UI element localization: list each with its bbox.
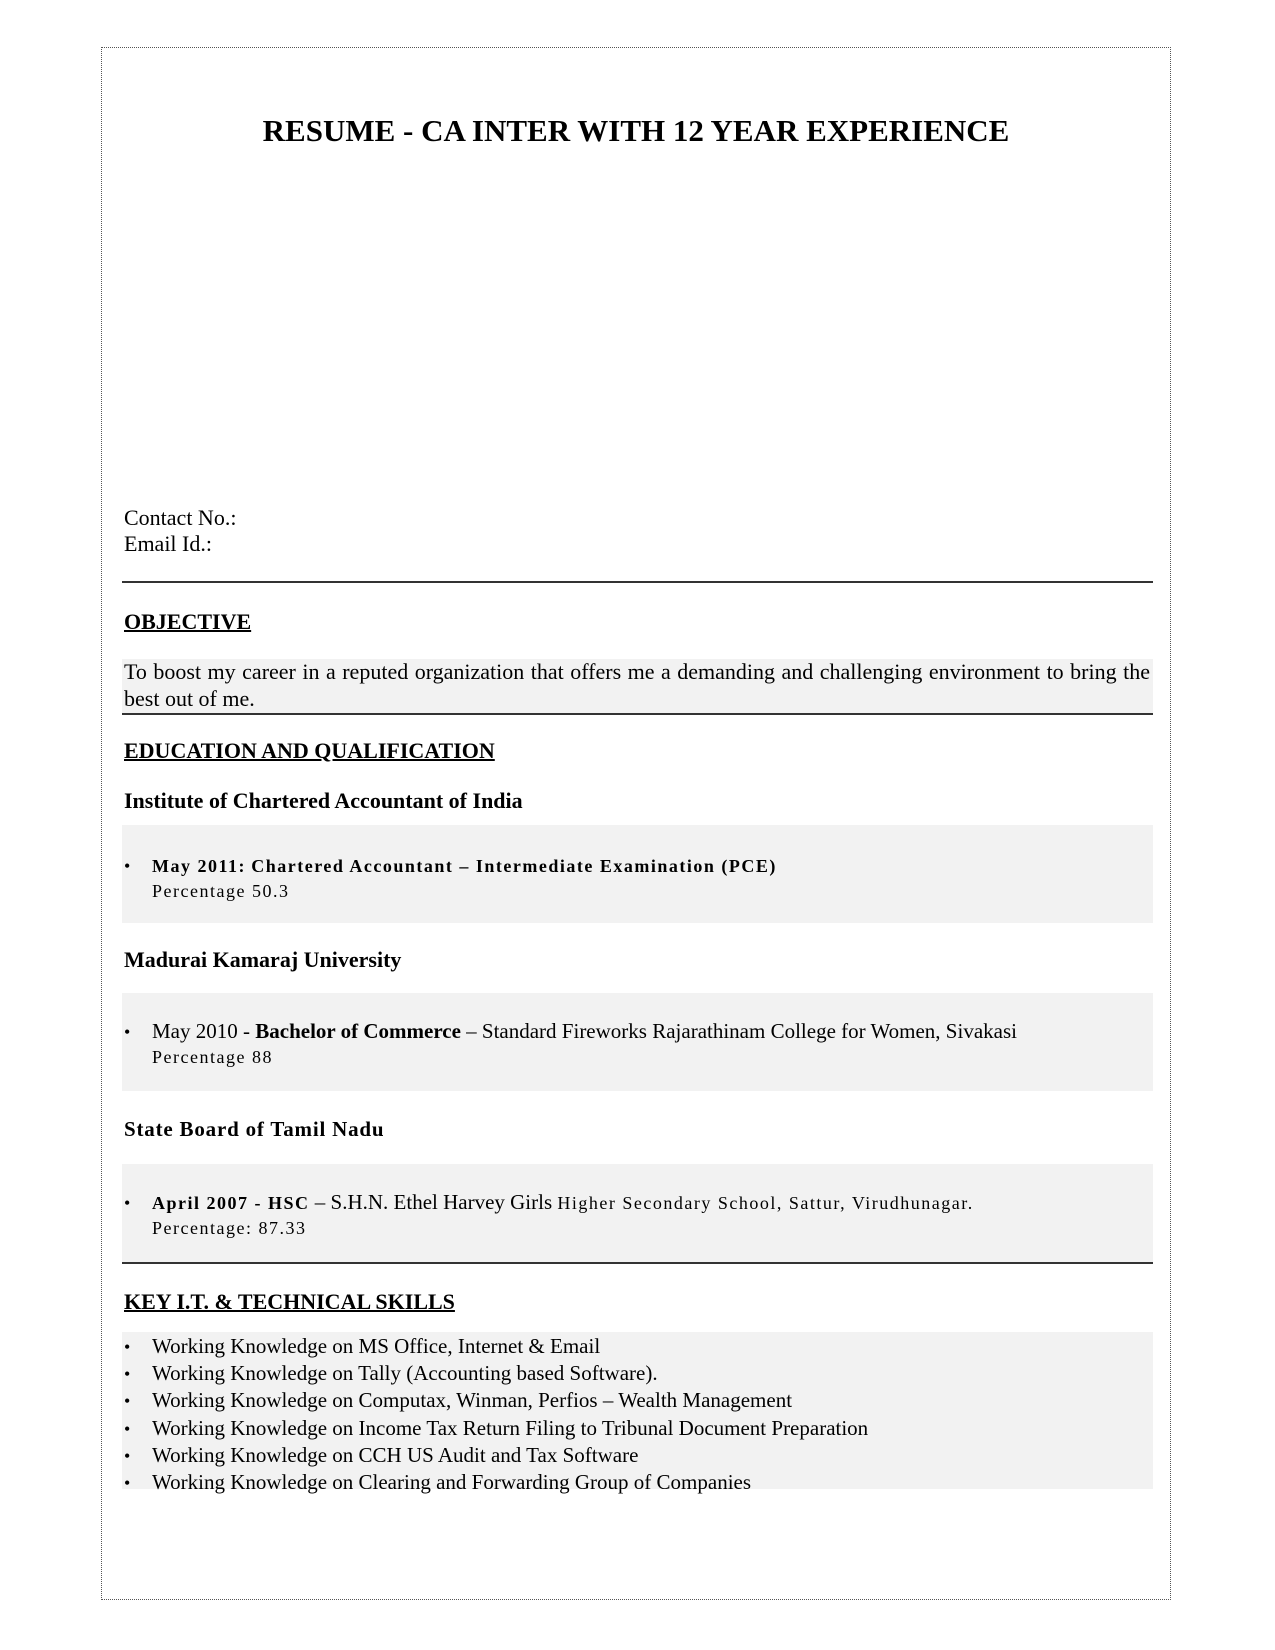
entry-institution-cont: Higher Secondary School, Sattur, Virudhu… xyxy=(557,1193,973,1213)
bullet-icon: • xyxy=(124,1443,152,1469)
bullet-icon: • xyxy=(124,1388,152,1414)
skill-text: Working Knowledge on Clearing and Forwar… xyxy=(152,1470,751,1494)
divider xyxy=(122,581,1153,583)
bullet-icon: • xyxy=(124,1470,152,1496)
entry-date: April 2007 - HSC xyxy=(152,1193,310,1213)
bullet-icon: • xyxy=(124,1334,152,1360)
email-label: Email Id.: xyxy=(124,531,236,557)
skill-item: •Working Knowledge on Clearing and Forwa… xyxy=(124,1469,868,1496)
skill-text: Working Knowledge on Tally (Accounting b… xyxy=(152,1361,658,1385)
bullet-icon: • xyxy=(124,1019,152,1045)
contact-number-label: Contact No.: xyxy=(124,505,236,531)
education-entry: •May 2010 - Bachelor of Commerce – Stand… xyxy=(124,1018,1144,1069)
skill-text: Working Knowledge on Computax, Winman, P… xyxy=(152,1388,792,1412)
skill-text: Working Knowledge on MS Office, Internet… xyxy=(152,1334,600,1358)
skills-heading: KEY I.T. & TECHNICAL SKILLS xyxy=(124,1289,455,1315)
skill-item: •Working Knowledge on Income Tax Return … xyxy=(124,1415,868,1442)
entry-institution: – Standard Fireworks Rajarathinam Colleg… xyxy=(461,1019,1017,1043)
entry-date: May 2011: xyxy=(152,856,246,876)
skills-list: •Working Knowledge on MS Office, Interne… xyxy=(124,1333,868,1496)
institution-name: State Board of Tamil Nadu xyxy=(124,1117,384,1142)
skill-text: Working Knowledge on CCH US Audit and Ta… xyxy=(152,1443,638,1467)
bullet-icon: • xyxy=(124,1416,152,1442)
bullet-icon: • xyxy=(124,1361,152,1387)
education-heading: EDUCATION AND QUALIFICATION xyxy=(124,738,495,764)
resume-title: RESUME - CA INTER WITH 12 YEAR EXPERIENC… xyxy=(101,113,1171,149)
objective-heading: OBJECTIVE xyxy=(124,609,251,635)
skill-item: •Working Knowledge on MS Office, Interne… xyxy=(124,1333,868,1360)
institution-name: Institute of Chartered Accountant of Ind… xyxy=(124,788,523,814)
skill-item: •Working Knowledge on Computax, Winman, … xyxy=(124,1387,868,1414)
institution-name: Madurai Kamaraj University xyxy=(124,947,401,973)
skill-text: Working Knowledge on Income Tax Return F… xyxy=(152,1416,868,1440)
education-entry: •May 2011: Chartered Accountant – Interm… xyxy=(124,852,1144,903)
bullet-icon: • xyxy=(124,1190,152,1216)
contact-block: Contact No.: Email Id.: xyxy=(124,505,236,557)
entry-percentage: Percentage 50.3 xyxy=(124,879,1144,903)
entry-percentage: Percentage 88 xyxy=(124,1045,1144,1069)
skill-item: •Working Knowledge on CCH US Audit and T… xyxy=(124,1442,868,1469)
entry-percentage: Percentage: 87.33 xyxy=(124,1216,1144,1240)
entry-qualification: Bachelor of Commerce xyxy=(255,1019,461,1043)
divider xyxy=(122,713,1153,715)
objective-text: To boost my career in a reputed organiza… xyxy=(124,658,1150,712)
divider xyxy=(122,1262,1153,1264)
education-entry: •April 2007 - HSC – S.H.N. Ethel Harvey … xyxy=(124,1189,1144,1240)
entry-qualification: Chartered Accountant – Intermediate Exam… xyxy=(251,856,777,876)
entry-institution: – S.H.N. Ethel Harvey Girls xyxy=(310,1190,558,1214)
entry-date: May 2010 - xyxy=(152,1019,255,1043)
bullet-icon: • xyxy=(124,853,152,879)
skill-item: •Working Knowledge on Tally (Accounting … xyxy=(124,1360,868,1387)
